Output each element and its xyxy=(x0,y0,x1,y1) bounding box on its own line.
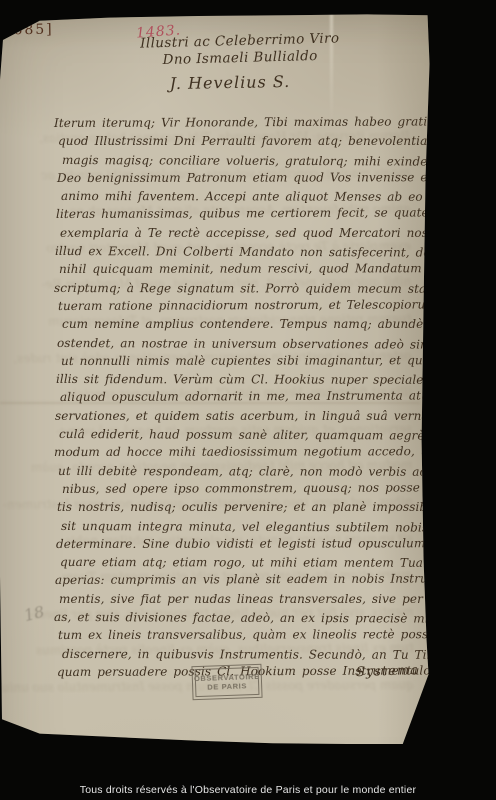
manuscript-line: Iterum iterumq; Vir Honorande, Tibi maxi… xyxy=(54,112,420,132)
pencil-annotation: 18 xyxy=(22,602,46,625)
manuscript-line: mentis, sive fiat per nudas lineas trans… xyxy=(59,590,425,608)
manuscript-line: literas humanissimas, quibus me certiore… xyxy=(56,204,422,224)
manuscript-line: nibus, sed opere ipso commonstrem, quous… xyxy=(62,478,428,498)
manuscript-line: modum ad hocce mihi taediosissimum negot… xyxy=(54,443,420,462)
manuscript-page: Iterum iterumq; Vir Honorande, Tibi maxi… xyxy=(0,0,496,800)
manuscript-line: Deo benignissimum Patronum etiam quod Vo… xyxy=(57,168,423,187)
manuscript-line: tum ex lineis transversalibus, quàm ex l… xyxy=(58,626,424,645)
manuscript-line: quod Illustrissimi Dni Perraulti favorem… xyxy=(58,132,424,150)
letter-address: Illustri ac Celeberrimo Viro Dno Ismaeli… xyxy=(120,30,361,70)
observatoire-de-paris-stamp: OBSERVATOIRE DE PARIS xyxy=(195,667,260,697)
letter-body: Iterum iterumq; Vir Honorande, Tibi maxi… xyxy=(58,114,424,681)
folio-number-label: [685] xyxy=(6,22,54,39)
manuscript-line: nihil quicquam meminit, nedum rescivi, q… xyxy=(59,260,425,279)
manuscript-scan: Iterum iterumq; Vir Honorande, Tibi maxi… xyxy=(0,0,496,800)
manuscript-line: aliquod opusculum adornarit in me, mea I… xyxy=(60,387,426,407)
manuscript-line: servationes, et quidem satis acerbum, in… xyxy=(55,407,421,425)
manuscript-line: tueram ratione pinnacidiorum nostrorum, … xyxy=(58,295,424,315)
manuscript-line: ut nonnulli nimis malè cupientes sibi im… xyxy=(61,351,427,370)
manuscript-line: tis nostris, nudisq; oculis pervenire; e… xyxy=(57,498,423,516)
copyright-caption: Tous droits réservés à l'Observatoire de… xyxy=(0,784,496,796)
manuscript-line: exemplaria à Te rectè accepisse, sed quo… xyxy=(60,224,426,242)
letter-salutation: J. Hevelius S. xyxy=(150,72,310,94)
manuscript-line: determinare. Sine dubio vidisti et legis… xyxy=(56,534,422,553)
catchword: Systema xyxy=(356,663,419,680)
stamp-line-2: DE PARIS xyxy=(207,681,247,691)
manuscript-line: aperias: cumprimis an vis planè sit eade… xyxy=(55,570,421,590)
manuscript-line: cum nemine amplius contendere. Tempus na… xyxy=(62,315,428,333)
